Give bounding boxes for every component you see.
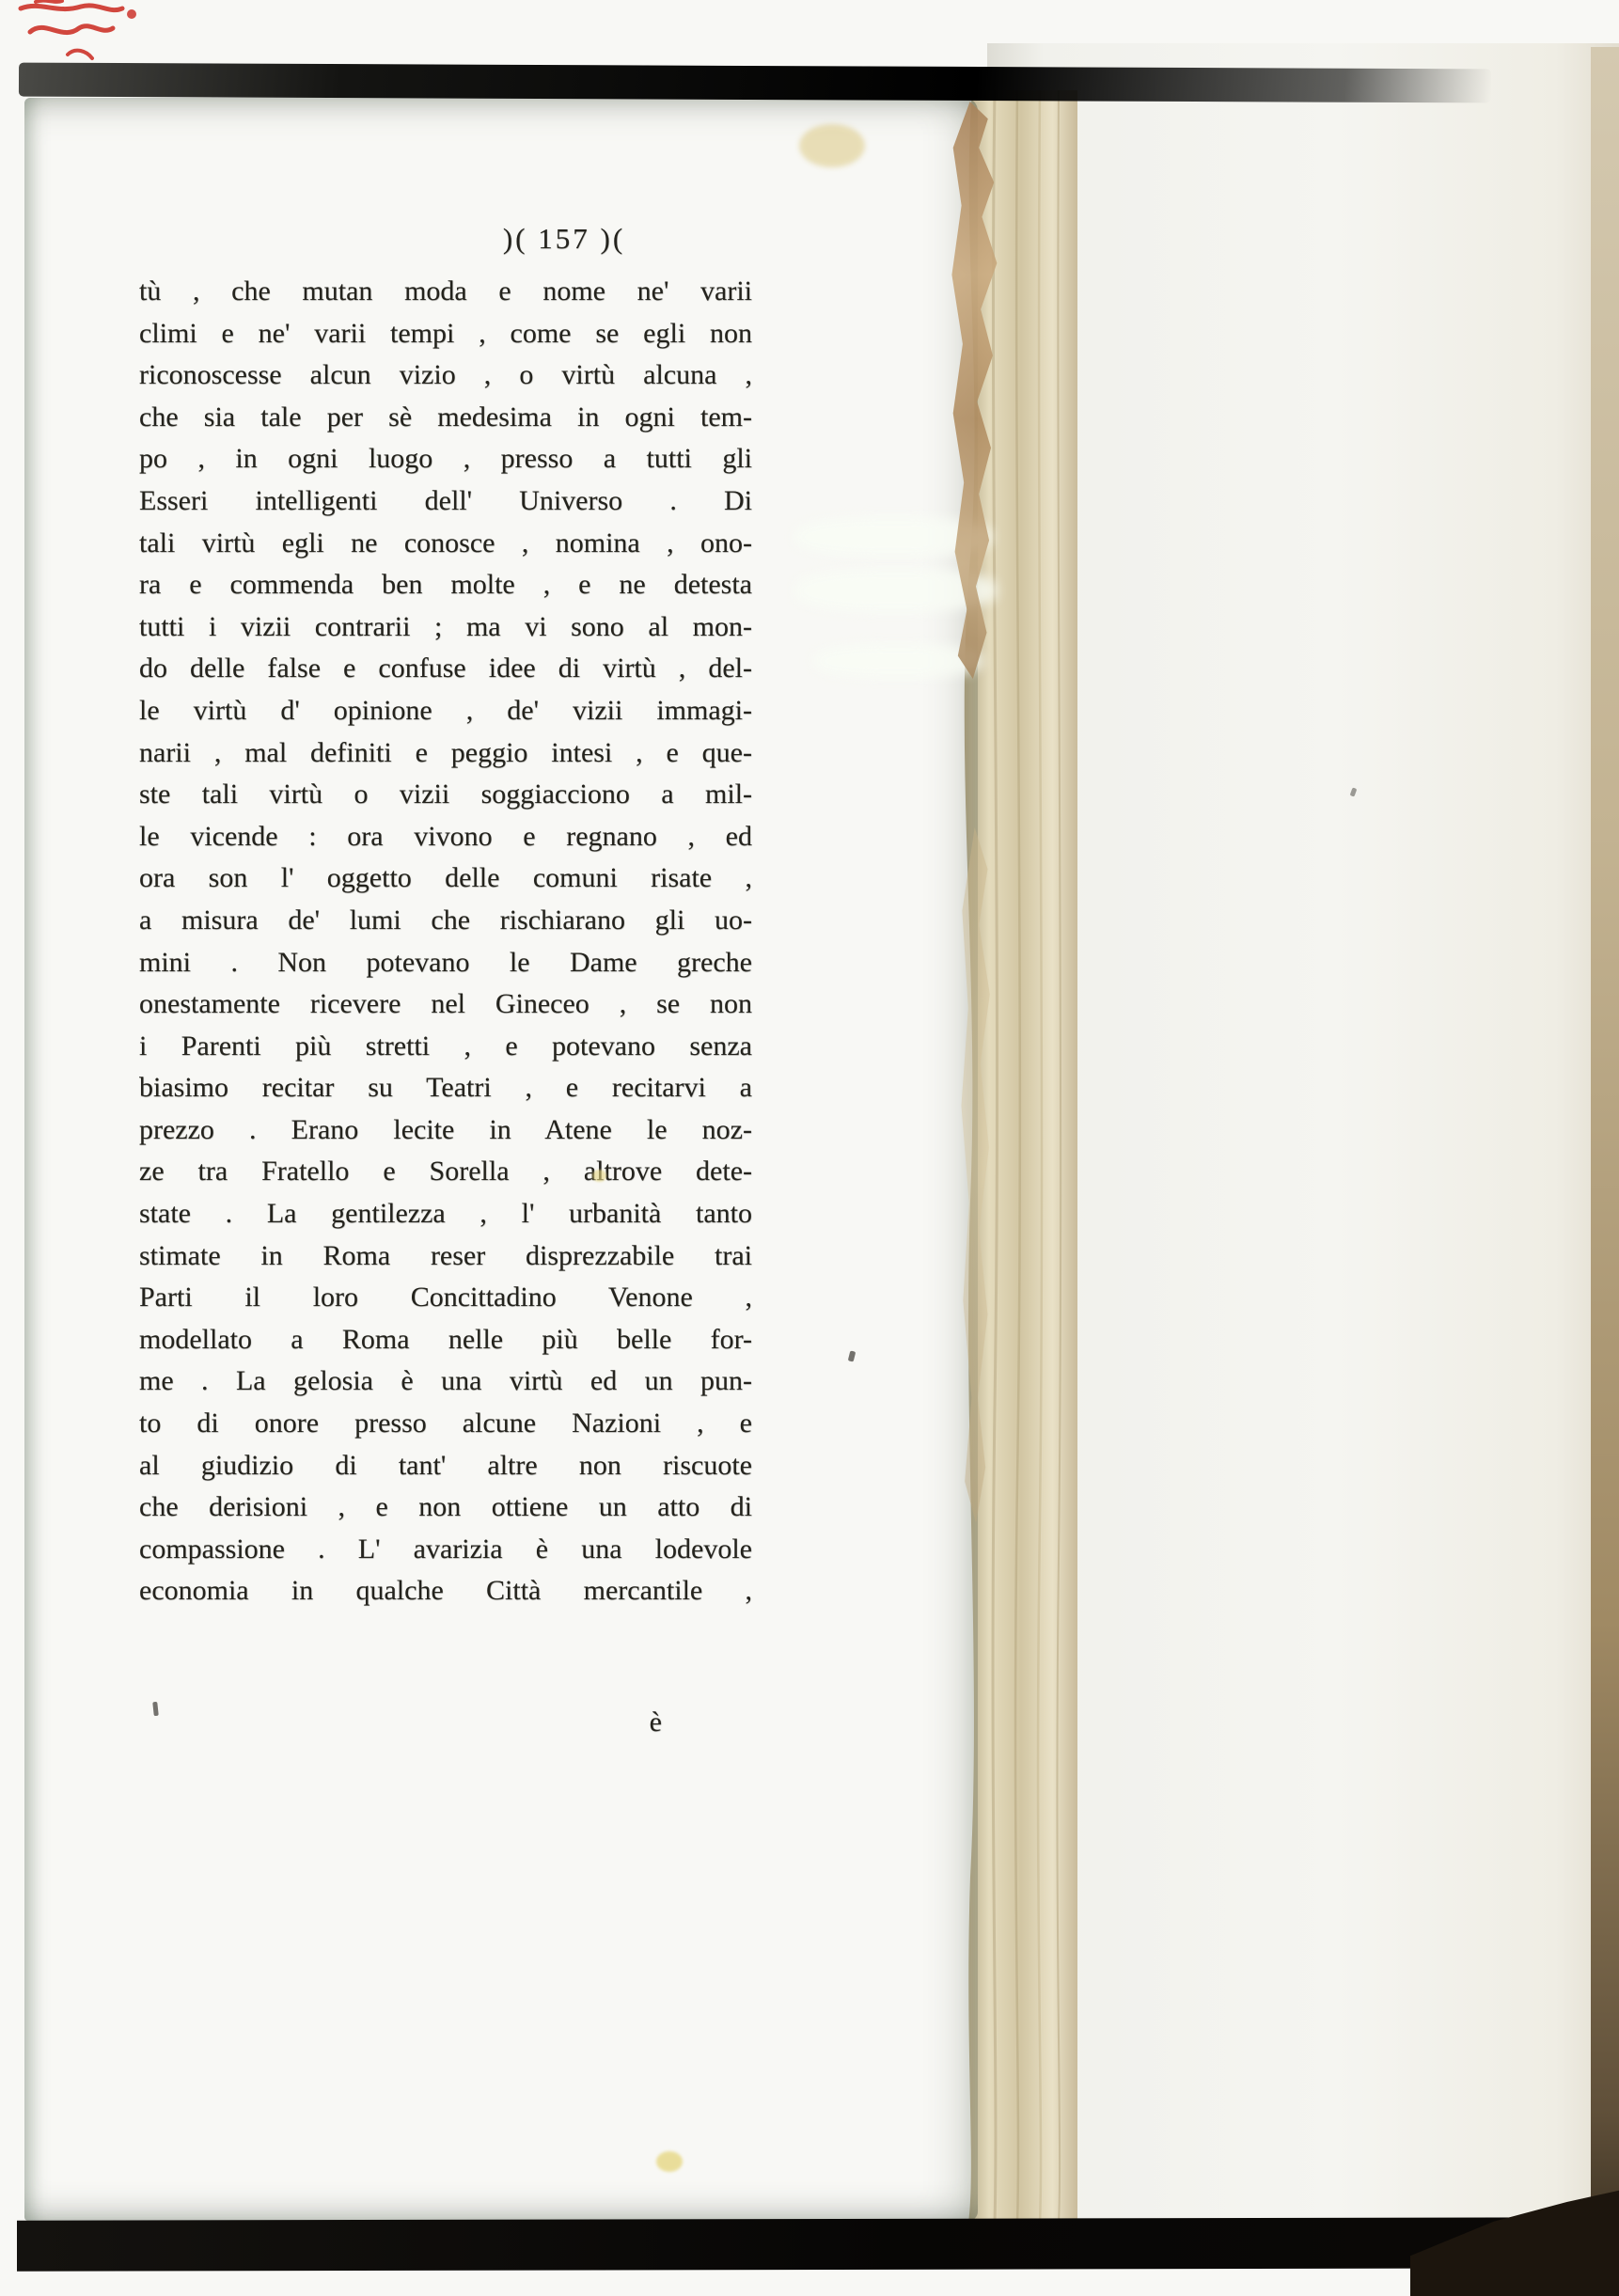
- book-page: )( 157 )( tù , che mutan moda e nome ne'…: [24, 98, 978, 2221]
- text-line: ora son l' oggetto delle comuni risate ,: [139, 857, 752, 900]
- photo-backdrop: [987, 43, 1619, 2234]
- paper-streak: [813, 644, 982, 678]
- page-text: )( 157 )( tù , che mutan moda e nome ne'…: [139, 222, 752, 1738]
- text-line: modellato a Roma nelle più belle for-: [139, 1319, 752, 1361]
- text-line: climi e ne' varii tempi , come se egli n…: [139, 313, 752, 355]
- text-line: do delle false e confuse idee di virtù ,…: [139, 648, 752, 690]
- text-line: state . La gentilezza , l' urbanità tant…: [139, 1193, 752, 1235]
- text-block: tù , che mutan moda e nome ne' variiclim…: [139, 271, 752, 1612]
- book-bottom-edge: [17, 2217, 1619, 2272]
- text-line: stimate in Roma reser disprezzabile trai: [139, 1235, 752, 1278]
- text-line: Parti il loro Concittadino Venone ,: [139, 1277, 752, 1319]
- text-line: ste tali virtù o vizii soggiacciono a mi…: [139, 774, 752, 816]
- text-line: che derisioni , e non ottiene un atto di: [139, 1486, 752, 1529]
- text-line: ra e commenda ben molte , e ne detesta: [139, 564, 752, 606]
- text-line: Esseri intelligenti dell' Universo . Di: [139, 480, 752, 523]
- text-line: al giudizio di tant' altre non riscuote: [139, 1445, 752, 1487]
- text-line: onestamente ricevere nel Gineceo , se no…: [139, 983, 752, 1026]
- text-line: a misura de' lumi che rischiarano gli uo…: [139, 900, 752, 942]
- book-top-edge: [19, 63, 1491, 103]
- text-line: i Parenti più stretti , e potevano senza: [139, 1026, 752, 1068]
- text-line: po , in ogni luogo , presso a tutti gli: [139, 438, 752, 480]
- text-line: tali virtù egli ne conosce , nomina , on…: [139, 523, 752, 565]
- text-line: le vicende : ora vivono e regnano , ed: [139, 816, 752, 858]
- ink-speck: [848, 1350, 856, 1361]
- paper-stain: [799, 124, 865, 167]
- text-line: prezzo . Erano lecite in Atene le noz-: [139, 1109, 752, 1152]
- text-line: tutti i vizii contrarii ; ma vi sono al …: [139, 606, 752, 649]
- page-number: )( 157 )(: [258, 222, 871, 256]
- catchword: è: [139, 1706, 752, 1738]
- text-line: compassione . L' avarizia è una lodevole: [139, 1529, 752, 1571]
- book-photo: )( 157 )( tù , che mutan moda e nome ne'…: [0, 0, 1619, 2296]
- text-line: mini . Non potevano le Dame greche: [139, 942, 752, 984]
- text-line: le virtù d' opinione , de' vizii immagi-: [139, 690, 752, 732]
- paper-stain: [656, 2151, 683, 2172]
- text-line: narii , mal definiti e peggio intesi , e…: [139, 732, 752, 775]
- text-line: biasimo recitar su Teatri , e recitarvi …: [139, 1067, 752, 1109]
- text-line: me . La gelosia è una virtù ed un pun-: [139, 1360, 752, 1403]
- text-line: riconoscesse alcun vizio , o virtù alcun…: [139, 354, 752, 397]
- text-line: che sia tale per sè medesima in ogni tem…: [139, 397, 752, 439]
- text-line: economia in qualche Città mercantile ,: [139, 1570, 752, 1612]
- book-cover-edge: [1591, 47, 1619, 2296]
- text-line: to di onore presso alcune Nazioni , e: [139, 1403, 752, 1445]
- text-line: tù , che mutan moda e nome ne' varii: [139, 271, 752, 313]
- red-pen-marks: [8, 0, 167, 83]
- paper-stain: [592, 1170, 606, 1182]
- text-line: ze tra Fratello e Sorella , altrove dete…: [139, 1151, 752, 1193]
